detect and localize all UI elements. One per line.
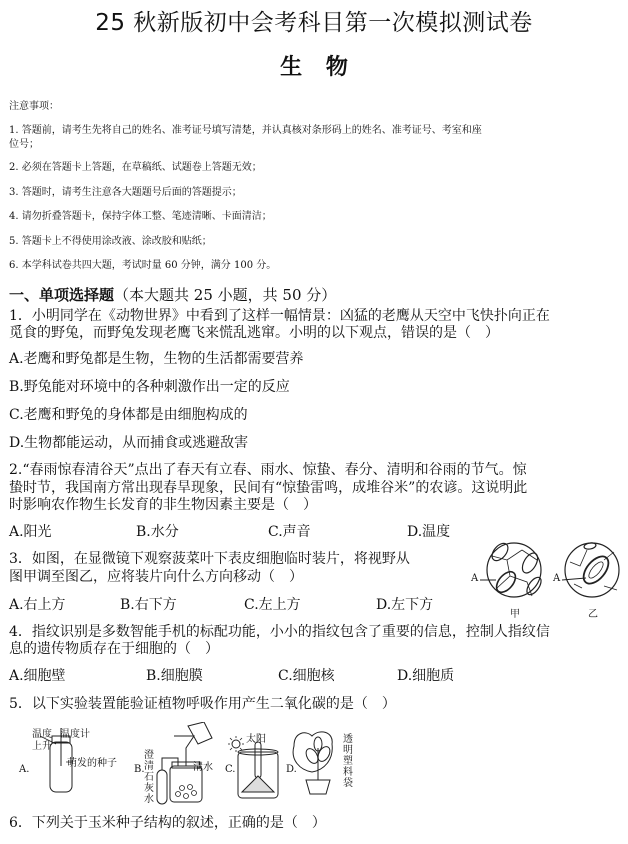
q1-stem-line-1: 1．小明同学在《动物世界》中看到了这样一幅情景：凶猛的老鹰从天空中飞快扑向正在 <box>9 308 550 325</box>
q3-option-c: C.左上方 <box>244 597 301 614</box>
q3-caption-jia: 甲 <box>510 605 520 620</box>
q2-stem-line-1: 2.“春雨惊春清谷天”点出了春天有立春、雨水、惊蛰、春分、清明和谷雨的节气。惊 <box>9 462 527 479</box>
q2-option-d: D.温度 <box>407 524 450 541</box>
notice-item-2: 2. 必须在答题卡上答题，在草稿纸、试题卷上答题无效； <box>9 158 262 173</box>
q5-d-t5: 袋 <box>343 774 353 789</box>
q3-stem-line-2: 图甲调至图乙，应将装片向什么方向移动（ ） <box>9 569 303 586</box>
notice-item-1: 1. 答题前，请考生先将自己的姓名、准考证号填写清楚，并认真核对条形码上的姓名、… <box>9 121 482 136</box>
q3-microscope-figure: A A 甲 乙 <box>462 538 628 622</box>
q3-label-a-jia: A <box>471 573 478 584</box>
q1-stem-line-2: 觅食的野兔，而野兔发现老鹰飞来慌乱逃窜。小明的以下观点，错误的是（ ） <box>9 325 499 342</box>
section-heading: 一、单项选择题（本大题共 25 小题，共 50 分） <box>9 284 336 305</box>
q3-caption-yi: 乙 <box>588 605 598 620</box>
q2-option-c: C.声音 <box>268 524 311 541</box>
q5-stem: 5．以下实验装置能验证植物呼吸作用产生二氧化碳的是（ ） <box>9 696 396 713</box>
q4-stem-line-1: 4．指纹识别是多数智能手机的标配功能，小小的指纹包含了重要的信息，控制人指纹信 <box>9 624 550 641</box>
notice-item-4: 4. 请勿折叠答题卡，保持字体工整、笔迹清晰、卡面清洁； <box>9 207 272 222</box>
q5-a-seeds: 萌发的种子 <box>67 754 117 769</box>
q2-option-b: B.水分 <box>136 524 179 541</box>
q5-apparatus-figure: A. 温度 上升 温度计 萌发的种子 B. 澄 清 石 灰 水 清水 C. 太阳… <box>0 722 340 806</box>
notice-item-5: 5. 答题卡上不得使用涂改液、涂改胶和贴纸； <box>9 232 212 247</box>
q4-stem-line-2: 息的遗传物质存在于细胞的（ ） <box>9 641 219 658</box>
section-title: 一、单项选择题 <box>9 286 114 304</box>
q1-option-d: D.生物都能运动，从而捕食或逃避敌害 <box>9 435 248 452</box>
notice-heading: 注意事项： <box>9 97 59 112</box>
q3-option-b: B.右下方 <box>120 597 177 614</box>
q5-label-a: A. <box>19 764 29 775</box>
q2-option-a: A.阳光 <box>9 524 52 541</box>
q3-option-a: A.右上方 <box>9 597 66 614</box>
q1-option-c: C.老鹰和野兔的身体都是由细胞构成的 <box>9 407 248 424</box>
q4-option-d: D.细胞质 <box>397 668 454 685</box>
notice-item-1-cont: 位号； <box>9 135 39 150</box>
q5-label-d: D. <box>286 764 297 775</box>
notice-item-6: 6. 本学科试卷共四大题，考试时量 60 分钟，满分 100 分。 <box>9 256 276 271</box>
q5-b-clear-water: 清水 <box>193 758 213 773</box>
microscope-views-icon <box>462 538 628 622</box>
q5-a-thermometer: 温度计 <box>60 725 90 740</box>
q4-option-c: C.细胞核 <box>278 668 335 685</box>
section-note: （本大题共 25 小题，共 50 分） <box>114 286 336 304</box>
subject-title: 生 物 <box>0 50 628 81</box>
q5-c-sun: 太阳 <box>246 730 266 745</box>
q3-stem-line-1: 3．如图，在显微镜下观察菠菜叶下表皮细胞临时装片，将视野从 <box>9 551 410 568</box>
q4-option-b: B.细胞膜 <box>146 668 203 685</box>
q5-label-b: B. <box>134 764 145 775</box>
q2-stem-line-2: 蛰时节，我国南方常出现春旱现象，民间有“惊蛰雷鸣，成堆谷米”的农谚。这说明此 <box>9 480 527 497</box>
q1-option-a: A.老鹰和野兔都是生物，生物的生活都需要营养 <box>9 351 304 368</box>
q5-label-c: C. <box>225 764 235 775</box>
q2-stem-line-3: 时影响农作物生长发育的非生物因素主要是（ ） <box>9 497 317 514</box>
q5-b-t5: 水 <box>144 790 154 805</box>
q4-option-a: A.细胞壁 <box>9 668 66 685</box>
exam-title: 25 秋新版初中会考科目第一次模拟测试卷 <box>0 4 628 37</box>
notice-item-3: 3. 答题时，请考生注意各大题题号后面的答题提示； <box>9 183 242 198</box>
q3-option-d: D.左下方 <box>376 597 433 614</box>
q6-stem: 6．下列关于玉米种子结构的叙述，正确的是（ ） <box>9 815 326 832</box>
q5-a-rise: 上升 <box>32 737 52 752</box>
q1-option-b: B.野兔能对环境中的各种刺激作出一定的反应 <box>9 379 290 396</box>
q3-label-a-yi: A <box>553 573 560 584</box>
